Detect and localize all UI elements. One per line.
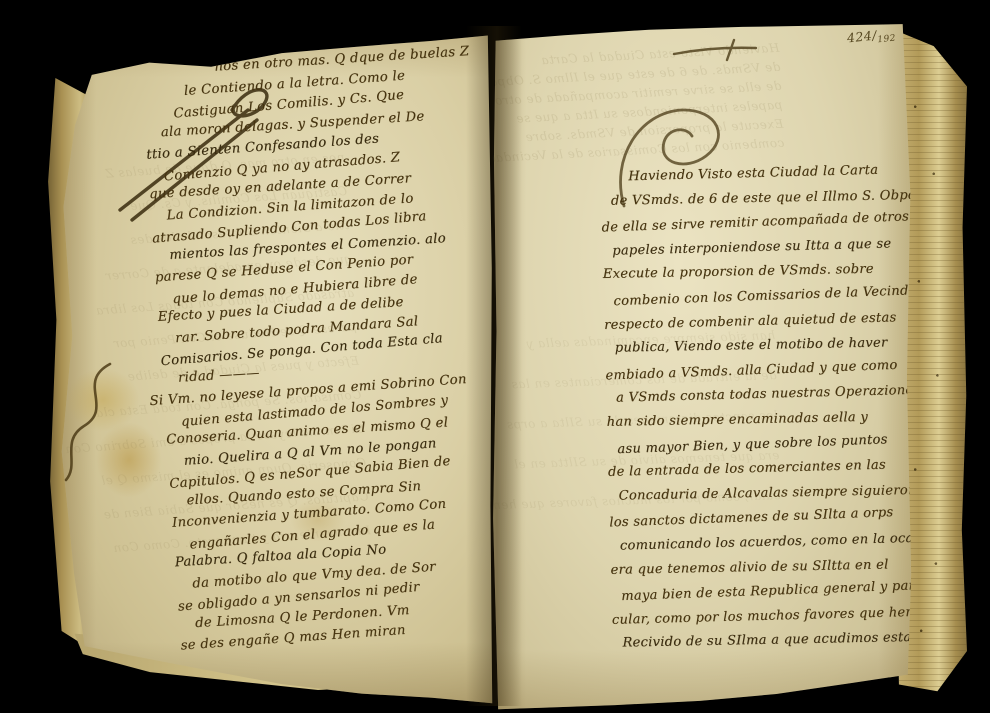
right-page: 424/192 Haviendo Visto esta Ciudad la Ca… xyxy=(488,20,912,712)
folio-denominator: 192 xyxy=(877,33,897,45)
folio-numerator: 424 xyxy=(846,28,873,46)
left-page-text: nos en otro mas. Q dque de buelas Z le C… xyxy=(140,41,511,657)
right-page-text: Haviendo Visto esta Ciudad la Carta de V… xyxy=(600,158,913,658)
cross-mark-icon xyxy=(670,36,762,64)
handwriting-line: Recivido de su SIlma a que acudimos esta… xyxy=(622,626,912,656)
photo-of-open-manuscript: nos en otro mas. Q dque de buelas Z Cast… xyxy=(0,0,990,713)
left-page: nos en otro mas. Q dque de buelas Z Cast… xyxy=(52,30,494,710)
folio-number: 424/192 xyxy=(846,26,896,49)
